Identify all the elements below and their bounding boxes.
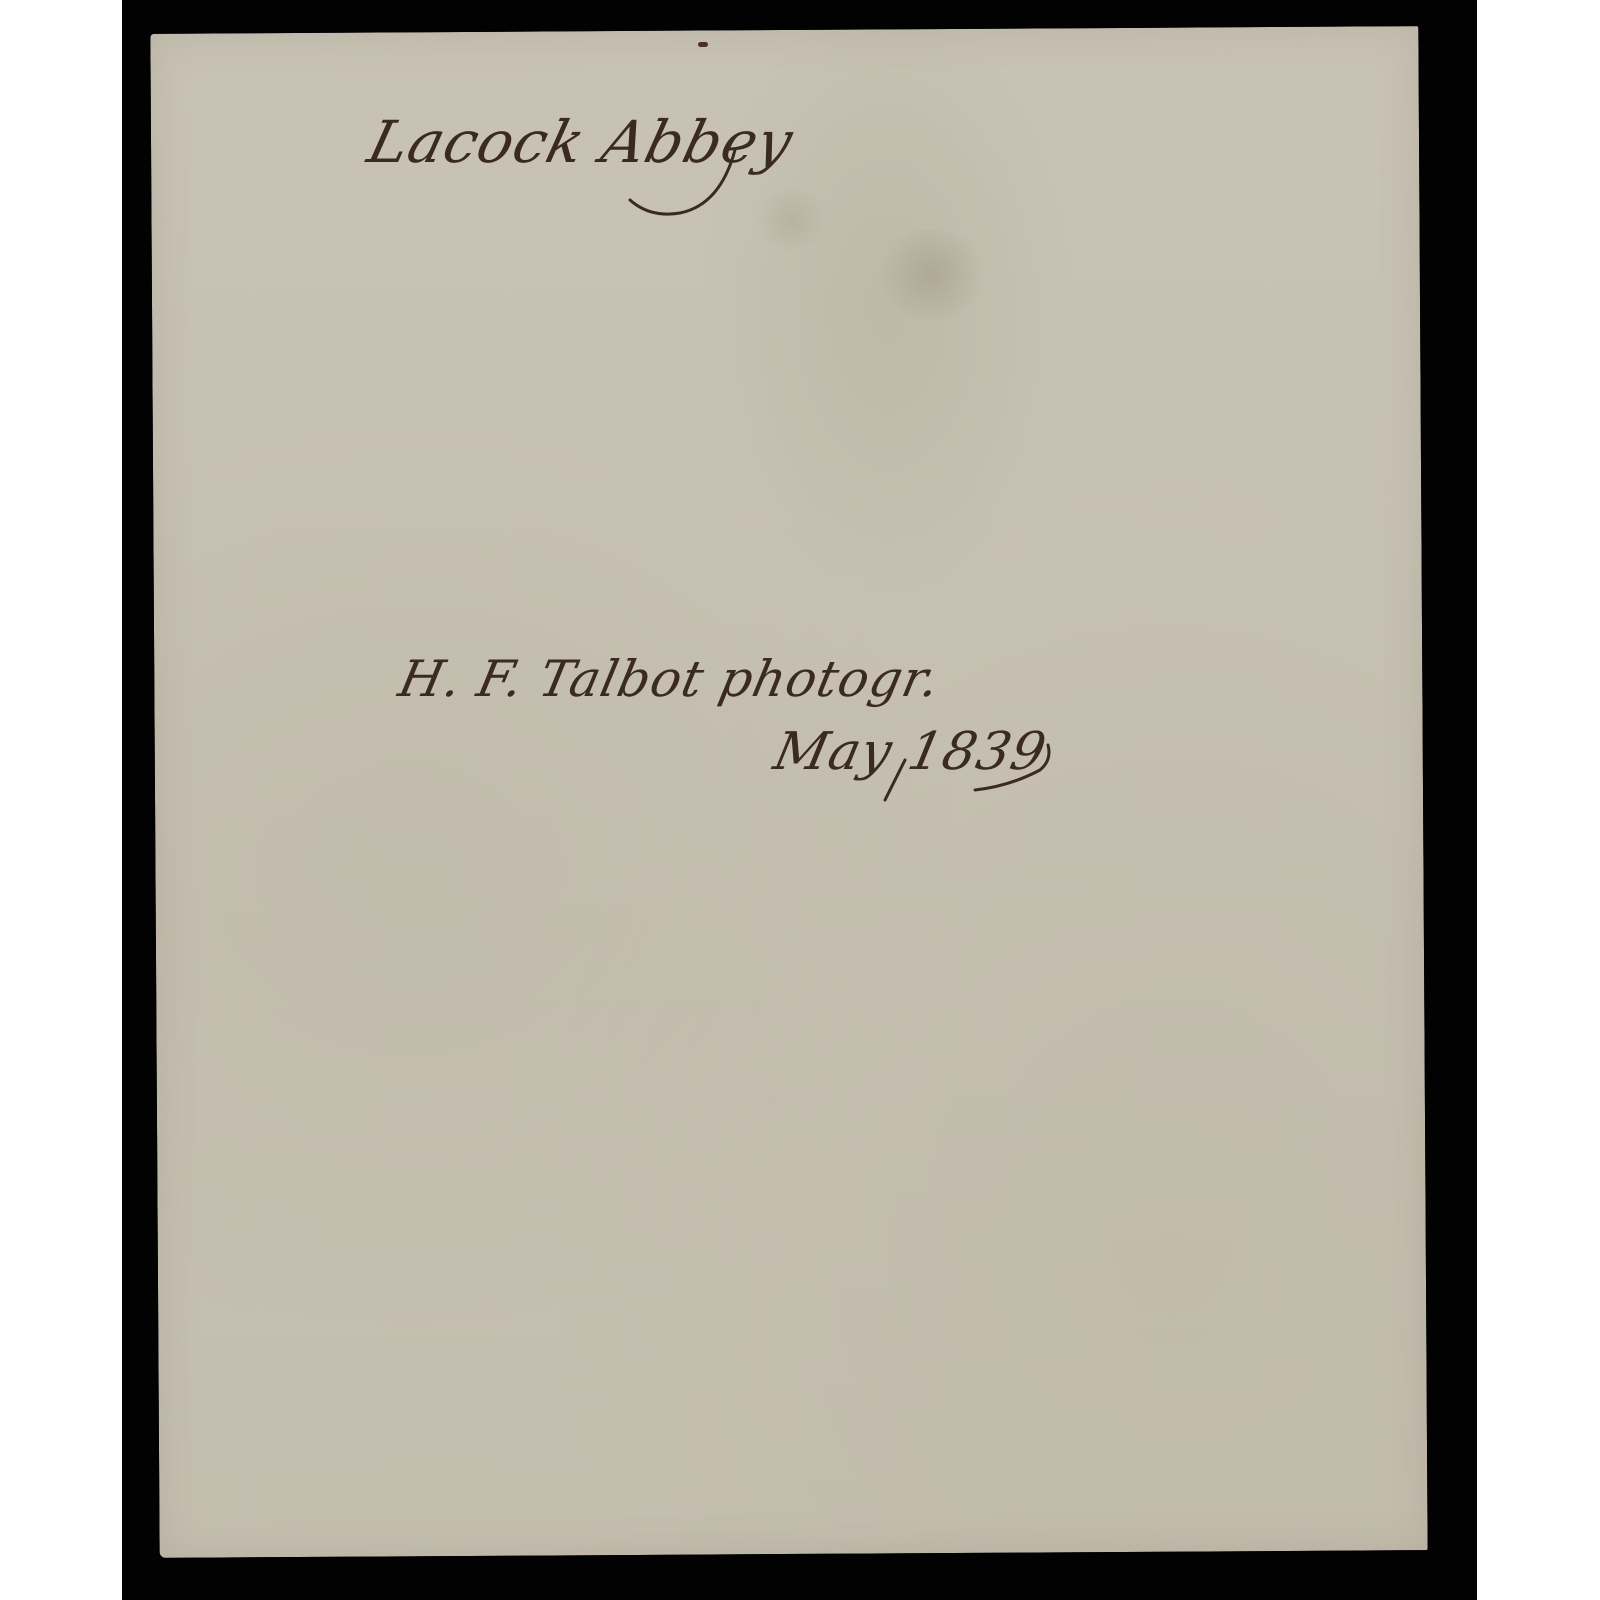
- paper-stain: [872, 229, 993, 320]
- ink-mark-top-edge: [698, 42, 708, 47]
- paper-stain: [751, 190, 831, 250]
- paper-sheet: [150, 26, 1427, 1558]
- inscription-photographer: H. F. Talbot photogr.: [394, 650, 946, 708]
- inscription-date: May 1839: [769, 722, 1052, 782]
- inscription-place: Lacock Abbey: [362, 108, 801, 176]
